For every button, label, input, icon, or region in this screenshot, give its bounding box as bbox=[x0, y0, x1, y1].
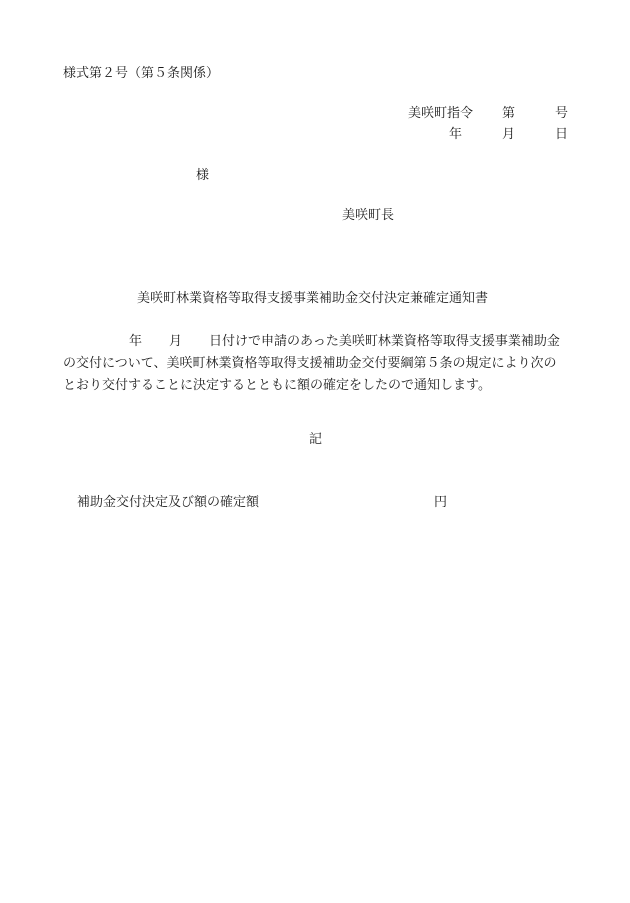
amount-unit: 円 bbox=[434, 495, 447, 511]
form-label: 様式第２号（第５条関係） bbox=[63, 66, 219, 82]
number-prefix: 第 bbox=[502, 106, 515, 122]
date-day: 日 bbox=[555, 127, 568, 143]
sender: 美咲町長 bbox=[342, 208, 394, 224]
amount-label: 補助金交付決定及び額の確定額 bbox=[77, 495, 259, 511]
number-suffix: 号 bbox=[555, 106, 568, 122]
document-title: 美咲町林業資格等取得支援事業補助金交付決定兼確定通知書 bbox=[137, 291, 488, 307]
date-year: 年 bbox=[449, 127, 462, 143]
body-line-1: 年月日付けで申請のあった美咲町林業資格等取得支援事業補助金 bbox=[63, 331, 573, 353]
date-month: 月 bbox=[502, 127, 515, 143]
directive-label: 美咲町指令 bbox=[408, 106, 473, 122]
body-line-1-text: 日付けで申請のあった美咲町林業資格等取得支援事業補助金 bbox=[209, 334, 560, 349]
body-paragraph: 年月日付けで申請のあった美咲町林業資格等取得支援事業補助金 の交付について、美咲… bbox=[63, 331, 573, 397]
recipient-suffix: 様 bbox=[196, 168, 209, 184]
body-year: 年 bbox=[129, 334, 142, 349]
ki-heading: 記 bbox=[309, 432, 322, 448]
body-line-2: の交付について、美咲町林業資格等取得支援補助金交付要綱第５条の規定により次の bbox=[63, 353, 573, 375]
body-month: 月 bbox=[169, 334, 182, 349]
body-line-3: とおり交付することに決定するとともに額の確定をしたので通知します。 bbox=[63, 375, 573, 397]
